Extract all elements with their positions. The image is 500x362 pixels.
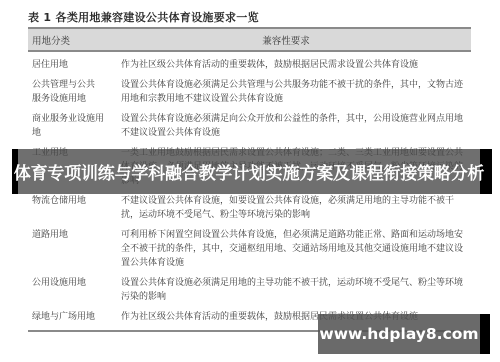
title-banner: 体育专项训练与学科融合教学计划实施方案及课程衔接策略分析: [12, 149, 492, 194]
watermark-badge: www.hdplay8.com: [318, 314, 490, 354]
row-category: 居住用地: [28, 58, 121, 72]
row-category: 公用设施用地: [28, 276, 121, 304]
row-category: 物流仓储用地: [28, 194, 121, 222]
table-row: 商业服务业设施用地 设置公共体育设施必须满足向公众开放和公益性的条件，其中，公用…: [28, 112, 471, 140]
table-caption: 表 1 各类用地兼容建设公共体育设施要求一览: [28, 9, 259, 25]
row-category: 商业服务业设施用地: [28, 112, 121, 140]
header-compatibility: 兼容性要求: [121, 33, 471, 47]
row-requirement: 不建议设置公共体育设施，如要设置公共体育设施，必须满足用地的主导功能不被干扰，运…: [121, 194, 471, 222]
row-category: 公共管理与公共服务设施用地: [28, 78, 121, 106]
row-requirement: 可利用桥下闲置空间设置公共体育设施，但必须满足道路功能正常、路面和运动场地安全不…: [121, 228, 471, 270]
table-row: 物流仓储用地 不建议设置公共体育设施，如要设置公共体育设施，必须满足用地的主导功…: [28, 194, 471, 222]
row-requirement: 设置公共体育设施必须满足公共管理与公共服务功能不被干扰的条件，其中，文物古迹用地…: [121, 78, 471, 106]
table-row: 公共管理与公共服务设施用地 设置公共体育设施必须满足公共管理与公共服务功能不被干…: [28, 78, 471, 106]
row-requirement: 设置公共体育设施必须满足用地的主导功能不被干扰，运动环境不受尾气、粉尘等环境污染…: [121, 276, 471, 304]
header-land-category: 用地分类: [28, 33, 121, 47]
row-requirement: 作为社区级公共体育活动的重要载体，鼓励根据居民需求设置公共体育设施: [121, 58, 471, 72]
row-category: 道路用地: [28, 228, 121, 270]
table-row: 公用设施用地 设置公共体育设施必须满足用地的主导功能不被干扰，运动环境不受尾气、…: [28, 276, 471, 304]
banner-title: 体育专项训练与学科融合教学计划实施方案及课程衔接策略分析: [14, 159, 484, 184]
table-header: 用地分类 兼容性要求: [28, 27, 471, 52]
row-requirement: 设置公共体育设施必须满足向公众开放和公益性的条件，其中，公用设施营业网点用地不建…: [121, 112, 471, 140]
watermark-url: www.hdplay8.com: [319, 325, 478, 343]
row-category: 绿地与广场用地: [28, 310, 121, 324]
table-row: 道路用地 可利用桥下闲置空间设置公共体育设施，但必须满足道路功能正常、路面和运动…: [28, 228, 471, 270]
table-row: 居住用地 作为社区级公共体育活动的重要载体，鼓励根据居民需求设置公共体育设施: [28, 58, 471, 72]
